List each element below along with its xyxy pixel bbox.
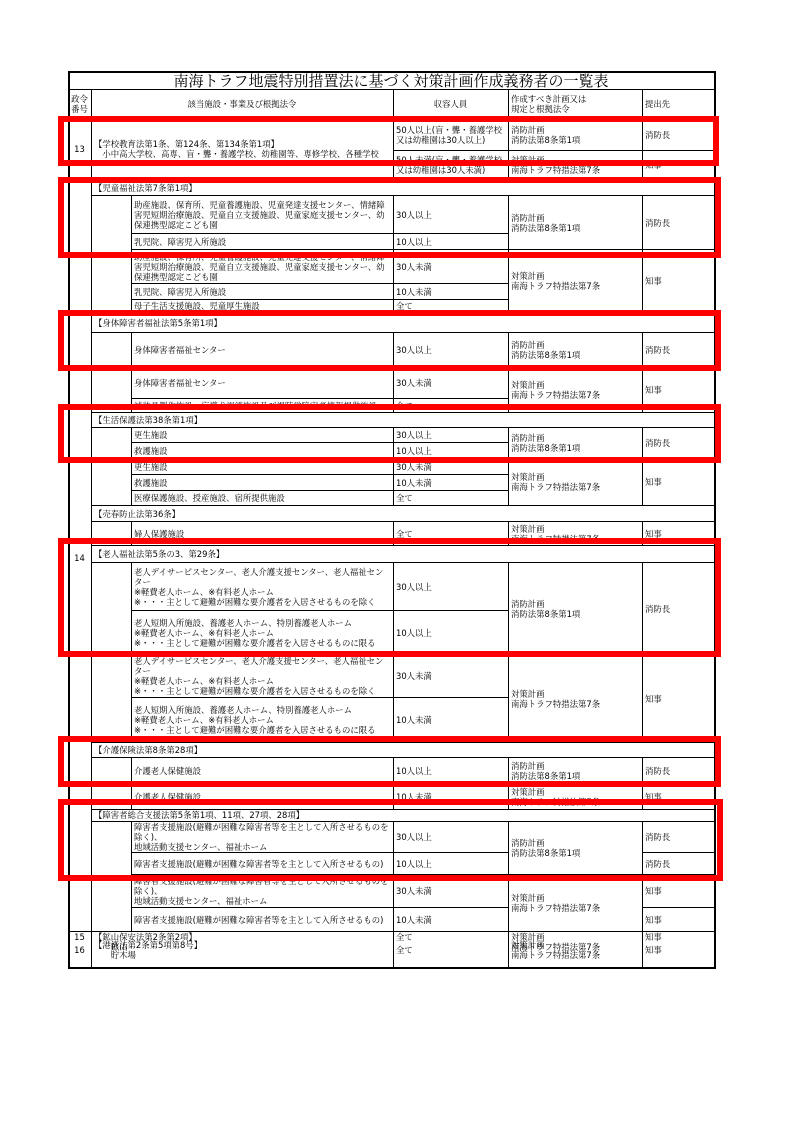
plan-cell: 消防計画 消防法第8条第1項 [508,428,642,458]
facility-cell: 老人デイサービスセンター、老人介護支援センター、老人福祉センター ※軽費老人ホー… [131,563,393,610]
facility-cell: 乳児院、障害児入所施設 [131,234,393,249]
law-heading: 【老人福祉法第5条の3、第29条】 [91,545,714,562]
plan-cell: 消防計画 消防法第8条第1項 [508,120,642,150]
facility-cell: 更生施設 [131,459,393,474]
capacity-cell: 全て [393,491,508,505]
facility-cell: 助産施設、保育所、児童養護施設、児童発達支援センター、情緒障害児短期治療施設、児… [131,196,393,233]
plan-cell: 消防計画 消防法第8条第1項 [508,563,642,654]
capacity-cell: 10人以上 [393,611,508,654]
submit-cell: 知事 [642,522,714,545]
capacity-cell: 30人未満 [393,250,508,283]
facility-cell: 補装具製作施設、盲導犬訓練施設及び視聴覚障害者情報提供施設 [131,399,393,412]
plan-cell: 対策計画 南海トラフ特措法第7条 [508,522,642,545]
capacity-cell: 10人未満 [393,908,508,931]
law-heading: 【学校教育法第1条、第124条、第134条第1項】 小中高大学校、高専、盲・聾・… [91,119,393,179]
capacity-cell: 30人以上 [393,563,508,610]
header-capacity: 収容人員 [393,90,508,118]
facility-cell: 障害者支援施設(避難が困難な障害者等を主として入所させるものを除く)、 地域活動… [131,822,393,852]
grid-line [68,931,715,932]
submit-cell: 消防長 [642,428,714,458]
capacity-cell: 10人未満 [393,785,508,809]
header-submit: 提出先 [642,90,714,118]
grid-line [508,932,509,968]
submit-cell: 知事 [642,368,714,412]
submit-cell: 消防長 [642,822,714,852]
facility-cell: 身体障害者福祉センター [131,333,393,367]
law-heading: 【港湾法第2条第5項第8号】 貯木場 [91,932,393,967]
facility-cell: 婦人保護施設 [131,522,393,545]
submit-cell: 知事 [642,908,714,931]
plan-cell: 対策計画 南海トラフ特措法第7条 [508,459,642,505]
capacity-cell: 10人以上 [393,758,508,784]
capacity-cell: 10人未満 [393,698,508,742]
facility-cell: 更生施設 [131,428,393,442]
plan-cell: 消防計画 消防法第8条第1項 [508,196,642,249]
plan-cell: 消防計画 消防法第8条第1項 [508,758,642,784]
facility-cell: 介護老人保健施設 [131,785,393,809]
facility-cell: 身体障害者福祉センター [131,368,393,398]
capacity-cell: 30人未満 [393,368,508,398]
grid-line [714,71,716,969]
grid-line [91,89,92,969]
facility-cell: 母子生活支援施設、児童厚生施設 [131,300,393,312]
grid-line [393,89,394,119]
submit-cell: 消防長 [642,563,714,654]
submit-cell: 知事 [642,151,714,179]
plan-cell: 消防計画 消防法第8条第1項 [508,333,642,367]
plan-cell: 対策計画 南海トラフ特措法第7条 [508,368,642,412]
submit-cell: 知事 [642,875,714,907]
law-heading: 【児童福祉法第7条第1項】 [91,180,714,195]
grid-line [68,71,70,969]
law-heading: 【障害者総合支援法第5条第1項、11項、27項、28項】 [91,809,714,821]
capacity-cell: 全て [393,399,508,412]
facility-cell: 介護老人保健施設 [131,758,393,784]
submit-cell: 知事 [642,459,714,505]
law-heading: 【生活保護法第38条第1項】 [91,412,714,427]
capacity-cell: 10人未満 [393,475,508,490]
capacity-cell: 10人未満 [393,284,508,299]
facility-cell: 救護施設 [131,475,393,490]
facility-cell: 老人デイサービスセンター、老人介護支援センター、老人福祉センター ※軽費老人ホー… [131,655,393,697]
plan-cell: 対策計画 南海トラフ特措法第7条 [508,151,642,179]
section-num: 16 [68,932,91,967]
header-num: 政令 番号 [68,90,91,118]
plan-cell: 対策計画 南海トラフ特措法第7条 [508,932,642,967]
document-sheet: 南海トラフ地震特別措置法に基づく対策計画作成義務者の一覧表政令 番号該当施設・事… [0,0,793,1122]
facility-cell: 障害者支援施設(避難が困難な障害者等を主として入所させるものを除く)、 地域活動… [131,875,393,907]
facility-cell: 老人短期入所施設、養護老人ホーム、特別養護老人ホーム ※軽費老人ホーム、※有料老… [131,698,393,742]
submit-cell: 消防長 [642,853,714,874]
grid-line [508,89,509,119]
grid-line [642,89,643,119]
facility-cell: 医療保護施設、授産施設、宿所提供施設 [131,491,393,505]
facility-cell: 乳児院、障害児入所施設 [131,284,393,299]
facility-cell: 助産施設、保育所、児童養護施設、児童発達支援センター、情緒障害児短期治療施設、児… [131,250,393,283]
capacity-cell: 30人未満 [393,655,508,697]
capacity-cell: 10人以上 [393,443,508,458]
submit-cell: 消防長 [642,120,714,150]
capacity-cell: 30人未満 [393,459,508,474]
capacity-cell: 30人以上 [393,428,508,442]
facility-cell: 救護施設 [131,443,393,458]
submit-cell: 消防長 [642,333,714,367]
grid-line [393,932,394,968]
capacity-cell: 10人以上 [393,853,508,874]
capacity-cell: 50人未満(盲・聾・養護学校 又は幼稚園は30人未満) [393,151,508,179]
facility-cell: 障害者支援施設(避難が困難な障害者等を主として入所させるもの) [131,853,393,874]
submit-cell: 消防長 [642,758,714,784]
grid-line [68,967,715,969]
submit-cell: 知事 [642,250,714,312]
plan-cell: 対策計画 南海トラフ特措法第7条 [508,250,642,312]
law-heading: 【売春防止法第36条】 [91,506,714,521]
capacity-cell: 30人以上 [393,822,508,852]
plan-cell: 対策計画 南海トラフ特措法第7条 [508,875,642,931]
submit-cell: 知事 [642,932,714,967]
capacity-cell: 全て [393,522,508,545]
capacity-cell: 全て [393,932,508,967]
section-num: 14 [68,545,91,570]
facility-cell: 障害者支援施設(避難が困難な障害者等を主として入所させるもの) [131,908,393,931]
law-heading: 【介護保険法第8条第28項】 [91,742,714,757]
submit-cell: 知事 [642,655,714,742]
header-facility: 該当施設・事業及び根拠法令 [91,90,393,118]
facility-cell: 老人短期入所施設、養護老人ホーム、特別養護老人ホーム ※軽費老人ホーム、※有料老… [131,611,393,654]
section-num: 13 [68,119,91,179]
capacity-cell: 30人以上 [393,333,508,367]
capacity-cell: 50人以上(盲・聾・養護学校 又は幼稚園は30人以上) [393,120,508,150]
capacity-cell: 10人以上 [393,234,508,249]
capacity-cell: 全て [393,300,508,312]
capacity-cell: 30人以上 [393,196,508,233]
page-title: 南海トラフ地震特別措置法に基づく対策計画作成義務者の一覧表 [68,72,714,89]
plan-cell: 対策計画 南海トラフ特措法第7条 [508,655,642,742]
submit-cell: 消防長 [642,196,714,249]
grid-line [642,932,643,968]
header-plan: 作成すべき計画又は 規定と根拠法令 [508,90,642,118]
submit-cell: 知事 [642,785,714,809]
plan-cell: 対策計画 南海トラフ特措法第7条 [508,785,642,809]
capacity-cell: 30人未満 [393,875,508,907]
law-heading: 【身体障害者福祉法第5条第1項】 [91,313,714,332]
plan-cell: 消防計画 消防法第8条第1項 [508,822,642,874]
